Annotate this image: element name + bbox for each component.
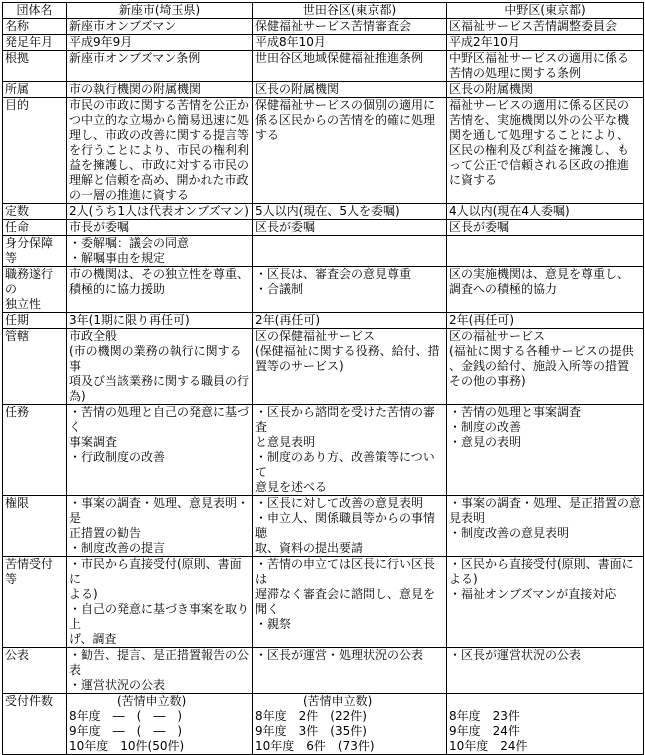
cell: ・区長に対して改善の意見表明 ・申立人、関係職員等からの事情聴 取、資料の提出要… xyxy=(253,496,447,557)
comparison-table: 団体名 新座市(埼玉県) 世田谷区(東京都) 中野区(東京都) 名称 新座市オン… xyxy=(2,2,644,755)
cell: 区の保健福祉サービス (保健福祉に関する役務、給付、措 置等のサービス) xyxy=(253,329,447,405)
row-label: 所属 xyxy=(3,82,67,98)
cell: 区長が委嘱 xyxy=(447,220,644,236)
cell: 世田谷区地域保健福祉推進条例 xyxy=(253,51,447,82)
cell: 市の機関は、その独立性を尊重、 積極的に協力援助 xyxy=(67,267,253,313)
row-label: 管轄 xyxy=(3,329,67,405)
table-row-complaint-reception: 苦情受付等 ・市民から直接受付(原則、書面に よる) ・自己の発意に基づき事案を… xyxy=(3,557,644,648)
cell: ・区長が運営・処理状況の公表 xyxy=(253,648,447,694)
table-row-case-counts: 受付件数 (苦情申立数) 8年度 ― ( ― ) 9年度 ― ( ― ) 10年… xyxy=(3,694,644,755)
row-label: 苦情受付等 xyxy=(3,557,67,648)
header-niiza: 新座市(埼玉県) xyxy=(67,3,253,19)
row-label: 権限 xyxy=(3,496,67,557)
table-row-status-guarantee: 身分保障等 ・委解嘱：議会の同意 ・解嘱事由を規定 xyxy=(3,236,644,267)
cell: 保健福祉サービス苦情審査会 xyxy=(253,19,447,35)
table-row-quota: 定数 2人(うち1人は代表オンブズマン) 5人以内(現在、5人を委嘱) 4人以内… xyxy=(3,204,644,220)
cell: 市民の市政に関する苦情を公正か つ中立的な立場から簡易迅速に処 理し、市政の改善… xyxy=(67,98,253,204)
row-label: 身分保障等 xyxy=(3,236,67,267)
cell: 市政全般 (市の機関の業務の執行に関する事 項及び当該業務に関する職員の行 為) xyxy=(67,329,253,405)
row-label: 任命 xyxy=(3,220,67,236)
cell: 区長が委嘱 xyxy=(253,220,447,236)
cell: ・区長が運営状況の公表 xyxy=(447,648,644,694)
cell: ・区長は、審査会の意見尊重 ・合議制 xyxy=(253,267,447,313)
cell: 保健福祉サービスの個別の適用に 係る区民からの苦情を的確に処理 する xyxy=(253,98,447,204)
table-row-term: 任期 3年(1期に限り再任可) 2年(再任可) 2年(再任可) xyxy=(3,313,644,329)
cell: ・区民から直接受付(原則、書面に よる) ・福祉オンブズマンが直接対応 xyxy=(447,557,644,648)
header-org-label: 団体名 xyxy=(3,3,67,19)
row-label: 任期 xyxy=(3,313,67,329)
header-setagaya: 世田谷区(東京都) xyxy=(253,3,447,19)
cell: 区長の附属機関 xyxy=(253,82,447,98)
cell: ・苦情の処理と事案調査 ・制度の改善 ・意見の表明 xyxy=(447,405,644,496)
table-row-affiliation: 所属 市の執行機関の附属機関 区長の附属機関 区長の附属機関 xyxy=(3,82,644,98)
cell: 平成8年10月 xyxy=(253,35,447,51)
cell: 2年(再任可) xyxy=(253,313,447,329)
cell: 4人以内(現在4人委嘱) xyxy=(447,204,644,220)
row-label: 職務遂行の 独立性 xyxy=(3,267,67,313)
cell: (苦情申立数) 8年度 2件 (22件) 9年度 3件 (35件) 10年度 6… xyxy=(253,694,447,755)
cell: (苦情申立数) 8年度 ― ( ― ) 9年度 ― ( ― ) 10年度 10件… xyxy=(67,694,253,755)
cell: 5人以内(現在、5人を委嘱) xyxy=(253,204,447,220)
cell: 区福祉サービス苦情調整委員会 xyxy=(447,19,644,35)
table-row-jurisdiction: 管轄 市政全般 (市の機関の業務の執行に関する事 項及び当該業務に関する職員の行… xyxy=(3,329,644,405)
cell: 区の実施機関は、意見を尊重し、 調査への積極的協力 xyxy=(447,267,644,313)
table-row-duties: 任務 ・苦情の処理と自己の発意に基づく 事案調査 ・行政制度の改善 ・区長から諮… xyxy=(3,405,644,496)
cell: 2人(うち1人は代表オンブズマン) xyxy=(67,204,253,220)
row-label: 根拠 xyxy=(3,51,67,82)
cell xyxy=(253,236,447,267)
cell: 8年度 23件 9年度 24件 10年度 24件 xyxy=(447,694,644,755)
table-row-authority: 権限 ・事案の調査・処理、意見表明・是 正措置の勧告 ・制度改善の提言 ・区長に… xyxy=(3,496,644,557)
row-label: 公表 xyxy=(3,648,67,694)
cell: 新座市オンブズマン条例 xyxy=(67,51,253,82)
table-header-row: 団体名 新座市(埼玉県) 世田谷区(東京都) 中野区(東京都) xyxy=(3,3,644,19)
table-row-independence: 職務遂行の 独立性 市の機関は、その独立性を尊重、 積極的に協力援助 ・区長は、… xyxy=(3,267,644,313)
cell: 平成9年9月 xyxy=(67,35,253,51)
cell: 福祉サービスの適用に係る区民の 苦情を、実施機関以外の公平な機 関を通して処理す… xyxy=(447,98,644,204)
cell: ・区長から諮問を受けた苦情の審査 と意見表明 ・制度のあり方、改善策等について … xyxy=(253,405,447,496)
cell: 区の福祉サービス (福祉に関する各種サービスの提供 、金銭の給付、施設入所等の措… xyxy=(447,329,644,405)
cell: 中野区福祉サービスの適用に係る 苦情の処理に関する条例 xyxy=(447,51,644,82)
row-label: 名称 xyxy=(3,19,67,35)
cell xyxy=(447,236,644,267)
cell: 市長が委嘱 xyxy=(67,220,253,236)
table-row-basis: 根拠 新座市オンブズマン条例 世田谷区地域保健福祉推進条例 中野区福祉サービスの… xyxy=(3,51,644,82)
cell: ・事案の調査・処理、意見表明・是 正措置の勧告 ・制度改善の提言 xyxy=(67,496,253,557)
cell: ・事案の調査・処理、是正措置の意 見表明 ・制度改善の意見表明 xyxy=(447,496,644,557)
row-label: 受付件数 xyxy=(3,694,67,755)
cell: 3年(1期に限り再任可) xyxy=(67,313,253,329)
table-row-founded: 発足年月 平成9年9月 平成8年10月 平成2年10月 xyxy=(3,35,644,51)
table-row-name: 名称 新座市オンブズマン 保健福祉サービス苦情審査会 区福祉サービス苦情調整委員… xyxy=(3,19,644,35)
cell: 2年(再任可) xyxy=(447,313,644,329)
table-row-appointment: 任命 市長が委嘱 区長が委嘱 区長が委嘱 xyxy=(3,220,644,236)
cell: ・苦情の申立ては区長に行い区長は 遅滞なく審査会に諮問し、意見を 聞く ・親祭 xyxy=(253,557,447,648)
cell: 市の執行機関の附属機関 xyxy=(67,82,253,98)
cell: 平成2年10月 xyxy=(447,35,644,51)
cell: 新座市オンブズマン xyxy=(67,19,253,35)
header-nakano: 中野区(東京都) xyxy=(447,3,644,19)
table-row-purpose: 目的 市民の市政に関する苦情を公正か つ中立的な立場から簡易迅速に処 理し、市政… xyxy=(3,98,644,204)
cell: ・苦情の処理と自己の発意に基づく 事案調査 ・行政制度の改善 xyxy=(67,405,253,496)
cell: ・市民から直接受付(原則、書面に よる) ・自己の発意に基づき事案を取り上 げ、… xyxy=(67,557,253,648)
cell: ・委解嘱：議会の同意 ・解嘱事由を規定 xyxy=(67,236,253,267)
cell: ・勧告、提言、是正措置報告の公表 ・運営状況の公表 xyxy=(67,648,253,694)
row-label: 目的 xyxy=(3,98,67,204)
cell: 区長の附属機関 xyxy=(447,82,644,98)
row-label: 発足年月 xyxy=(3,35,67,51)
row-label: 定数 xyxy=(3,204,67,220)
table-row-publication: 公表 ・勧告、提言、是正措置報告の公表 ・運営状況の公表 ・区長が運営・処理状況… xyxy=(3,648,644,694)
row-label: 任務 xyxy=(3,405,67,496)
